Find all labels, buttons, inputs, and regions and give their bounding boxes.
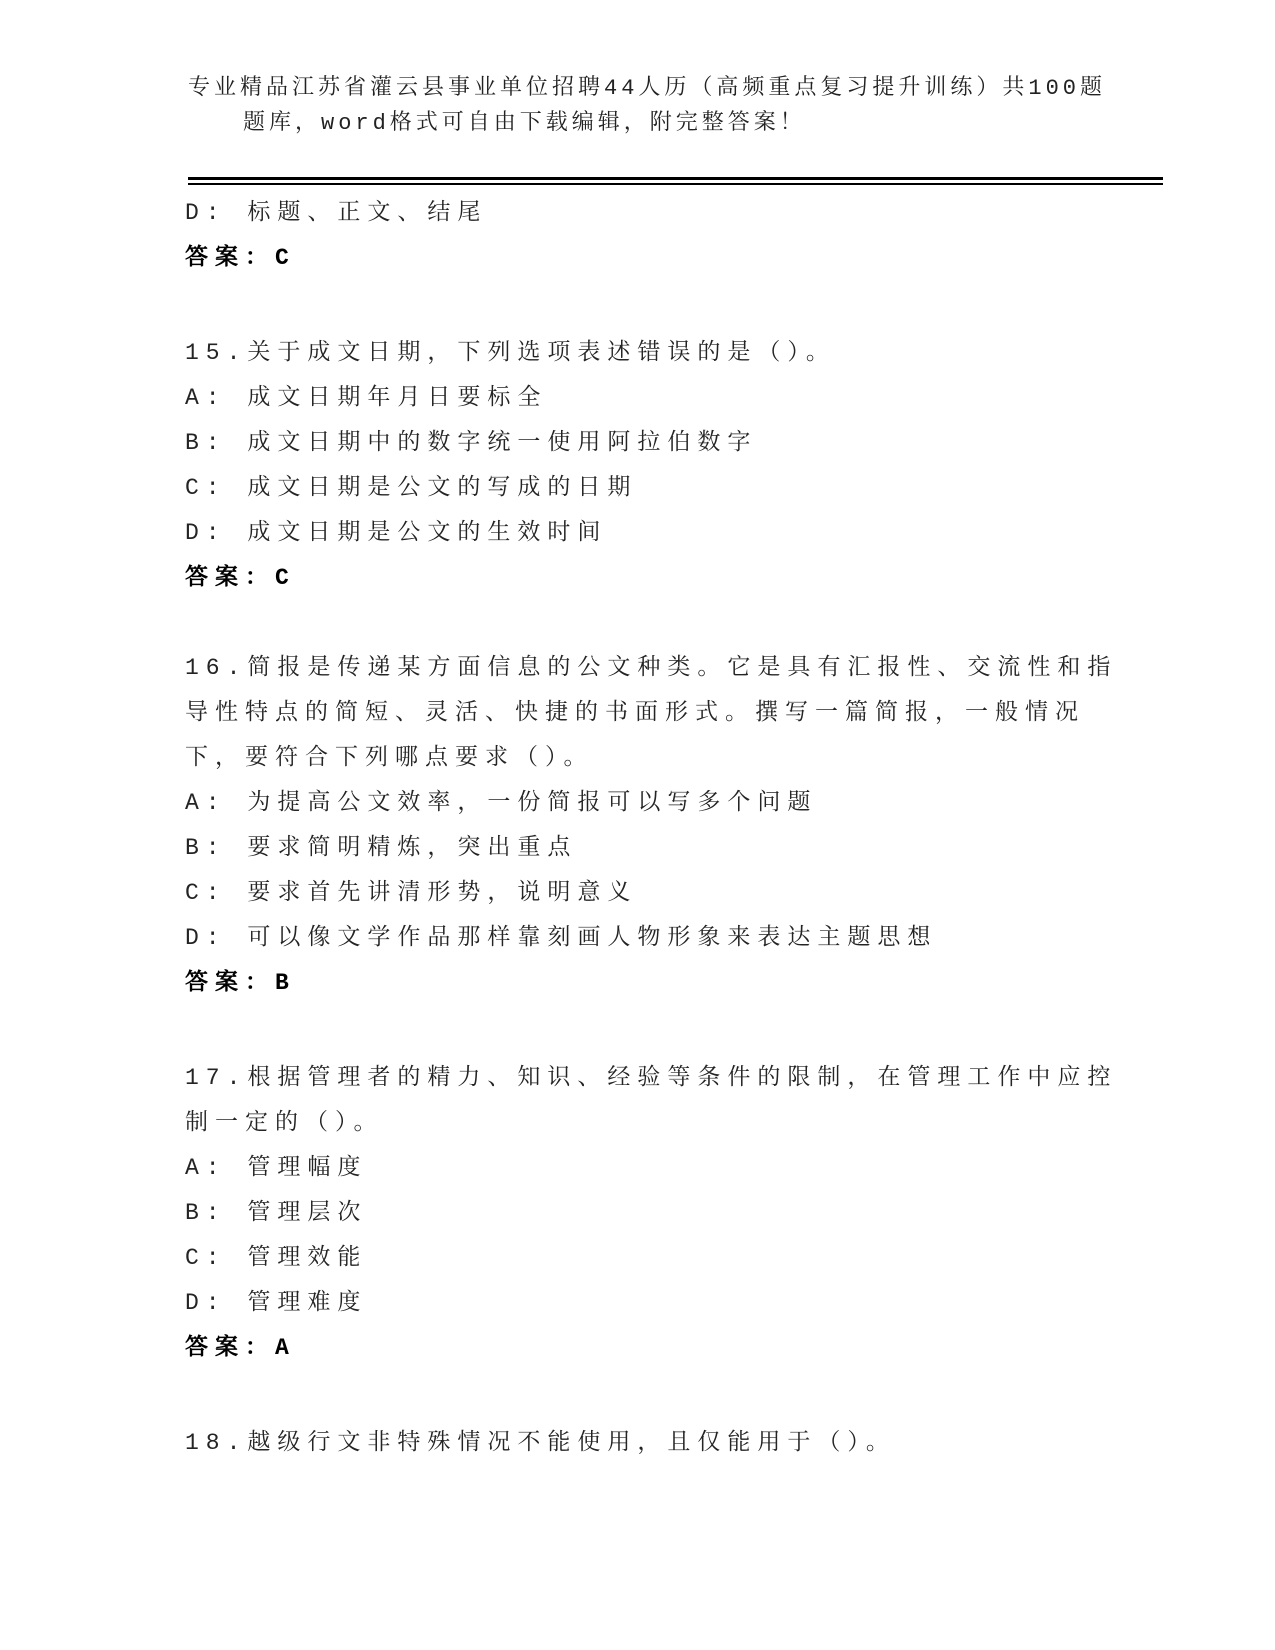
question-16-option-d: D: 可以像文学作品那样靠刻画人物形象来表达主题思想 (185, 925, 937, 951)
question-17-option-b: B: 管理层次 (185, 1200, 367, 1226)
question-14-option-d: D: 标题、正文、结尾 (185, 200, 487, 226)
question-17-option-a: A: 管理幅度 (185, 1155, 367, 1181)
question-15-option-c: C: 成文日期是公文的写成的日期 (185, 475, 637, 501)
question-14-answer: 答案：C (185, 245, 296, 271)
question-18-stem: 18.越级行文非特殊情况不能使用，且仅能用于（）。 (185, 1430, 896, 1456)
question-16-option-b: B: 要求简明精炼，突出重点 (185, 835, 577, 861)
question-16-option-c: C: 要求首先讲清形势，说明意义 (185, 880, 637, 906)
question-17-answer: 答案：A (185, 1335, 296, 1361)
header-title-line2: 题库，word格式可自由下载编辑，附完整答案！ (243, 111, 806, 137)
question-15-option-a: A: 成文日期年月日要标全 (185, 385, 547, 411)
question-15-option-d: D: 成文日期是公文的生效时间 (185, 520, 607, 546)
question-16-option-a: A: 为提高公文效率，一份简报可以写多个问题 (185, 790, 817, 816)
question-17-stem-line2: 制一定的（）。 (185, 1110, 384, 1136)
question-15-stem: 15.关于成文日期，下列选项表述错误的是（）。 (185, 340, 836, 366)
header-title-line1: 专业精品江苏省灌云县事业单位招聘44人历（高频重点复习提升训练）共100题 (188, 76, 1106, 102)
question-16-answer: 答案：B (185, 970, 296, 996)
question-15-answer: 答案：C (185, 565, 296, 591)
question-17-stem-line1: 17.根据管理者的精力、知识、经验等条件的限制，在管理工作中应控 (185, 1065, 1117, 1091)
question-17-option-d: D: 管理难度 (185, 1290, 367, 1316)
question-16-stem-line1: 16.简报是传递某方面信息的公文种类。它是具有汇报性、交流性和指 (185, 655, 1117, 681)
question-16-stem-line2: 导性特点的简短、灵活、快捷的书面形式。撰写一篇简报，一般情况 (185, 700, 1085, 726)
question-16-stem-line3: 下，要符合下列哪点要求（）。 (185, 745, 594, 771)
question-17-option-c: C: 管理效能 (185, 1245, 367, 1271)
header-divider-double-rule (188, 177, 1163, 185)
question-15-option-b: B: 成文日期中的数字统一使用阿拉伯数字 (185, 430, 757, 456)
exam-document-page: 专业精品江苏省灌云县事业单位招聘44人历（高频重点复习提升训练）共100题 题库… (0, 0, 1275, 1650)
